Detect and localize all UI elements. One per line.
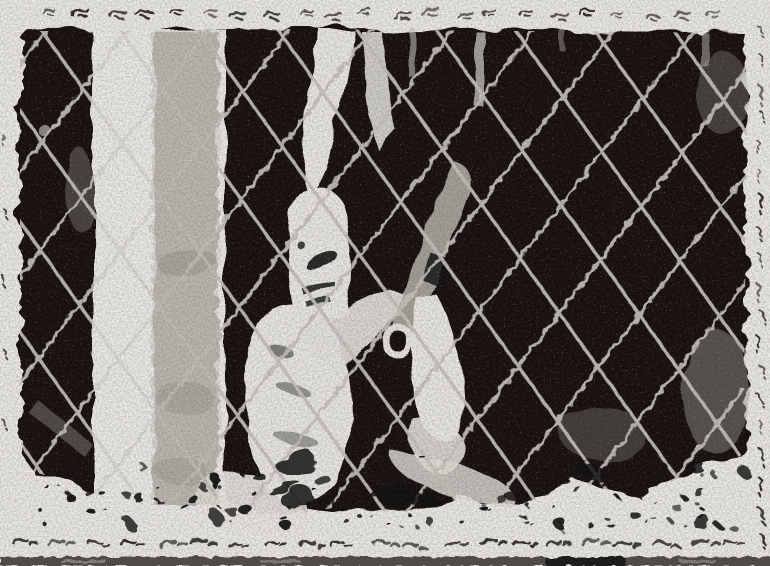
paper-grain-overlay <box>0 0 770 566</box>
print-canvas <box>0 0 770 566</box>
artwork-print <box>0 0 770 566</box>
